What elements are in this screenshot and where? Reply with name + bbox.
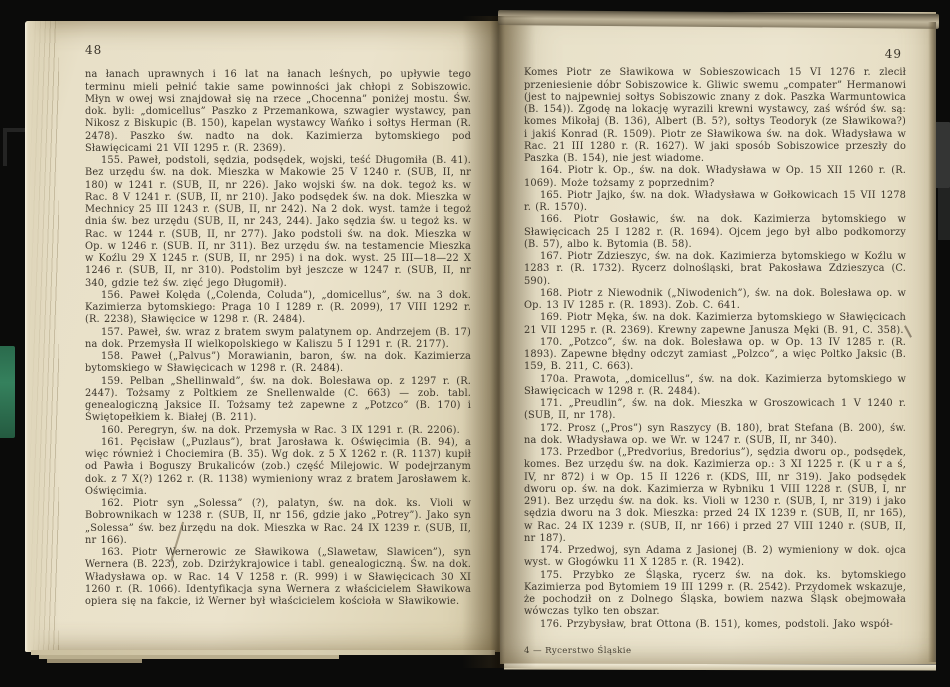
paragraph: 175. Przybko ze Śląska, rycerz św. na do… xyxy=(524,570,906,619)
print-signature-footer: 4 — Rycerstwo Śląskie xyxy=(524,646,631,656)
left-page-text: 48 na łanach uprawnych i 16 lat na łanac… xyxy=(85,44,471,608)
paragraph: Komes Piotr ze Sławikowa w Sobieszowicac… xyxy=(524,67,906,165)
paragraph: 168. Piotr z Niewodnik („Niwodenich”), ś… xyxy=(524,288,906,313)
page-number-left: 48 xyxy=(85,44,471,56)
paragraph: 173. Przedbor („Predvorius, Bredorius”),… xyxy=(524,447,906,545)
paragraph: 174. Przedwoj, syn Adama z Jasionej (B. … xyxy=(524,545,906,570)
page-number-right: 49 xyxy=(524,48,902,60)
paragraph: 172. Prosz („Pros”) syn Raszycy (B. 180)… xyxy=(524,423,906,448)
paragraph: 161. Pęcisław („Puzlaus”), brat Jarosław… xyxy=(85,437,471,498)
paragraph: na łanach uprawnych i 16 lat na łanach l… xyxy=(85,69,471,155)
paragraph: 169. Piotr Męka, św. na dok. Kazimierza … xyxy=(524,312,906,337)
paragraph: 162. Piotr syn „Solessa” (?), palatyn, ś… xyxy=(85,498,471,547)
paragraph: 170a. Prawota, „domicellus”, św. na dok.… xyxy=(524,374,906,399)
background-green-object xyxy=(0,346,15,438)
right-page-bottom-edge xyxy=(504,664,936,671)
paragraph: 167. Piotr Zdzieszyc, św. na dok. Kazimi… xyxy=(524,251,906,288)
paragraph: 160. Peregryn, św. na dok. Przemysła w R… xyxy=(85,425,471,437)
background-watermark-bar-lower xyxy=(938,188,950,240)
paragraph: 176. Przybysław, brat Ottona (B. 151), k… xyxy=(524,619,906,631)
paragraph: 155. Paweł, podstoli, sędzia, podsędek, … xyxy=(85,155,471,290)
book-scan-photo: 48 na łanach uprawnych i 16 lat na łanac… xyxy=(0,0,950,687)
paragraph: 159. Pelban „Shellinwald”, św. na dok. B… xyxy=(85,376,471,425)
left-page-edge-step xyxy=(47,659,142,663)
paragraph: 171. „Preudlin”, św. na dok. Mieszka w G… xyxy=(524,398,906,423)
paragraph: 163. Piotr Wernerowic ze Sławikowa („Sla… xyxy=(85,547,471,608)
paragraph: 165. Piotr Jajko, św. na dok. Władysława… xyxy=(524,190,906,215)
paragraph: 164. Piotr k. Op., św. na dok. Władysław… xyxy=(524,165,906,190)
right-page-text: 49 Komes Piotr ze Sławikowa w Sobieszowi… xyxy=(524,48,906,631)
paragraph: 157. Paweł, św. wraz z bratem swym palat… xyxy=(85,327,471,352)
paragraph: 166. Piotr Gosławic, św. na dok. Kazimie… xyxy=(524,214,906,251)
paragraph: 158. Paweł („Palvus”) Morawianin, baron,… xyxy=(85,351,471,376)
paragraph: 156. Paweł Kolęda („Colenda, Coluda”), „… xyxy=(85,290,471,327)
paragraph: 170. „Potzco”, św. na dok. Bolesława op.… xyxy=(524,337,906,374)
